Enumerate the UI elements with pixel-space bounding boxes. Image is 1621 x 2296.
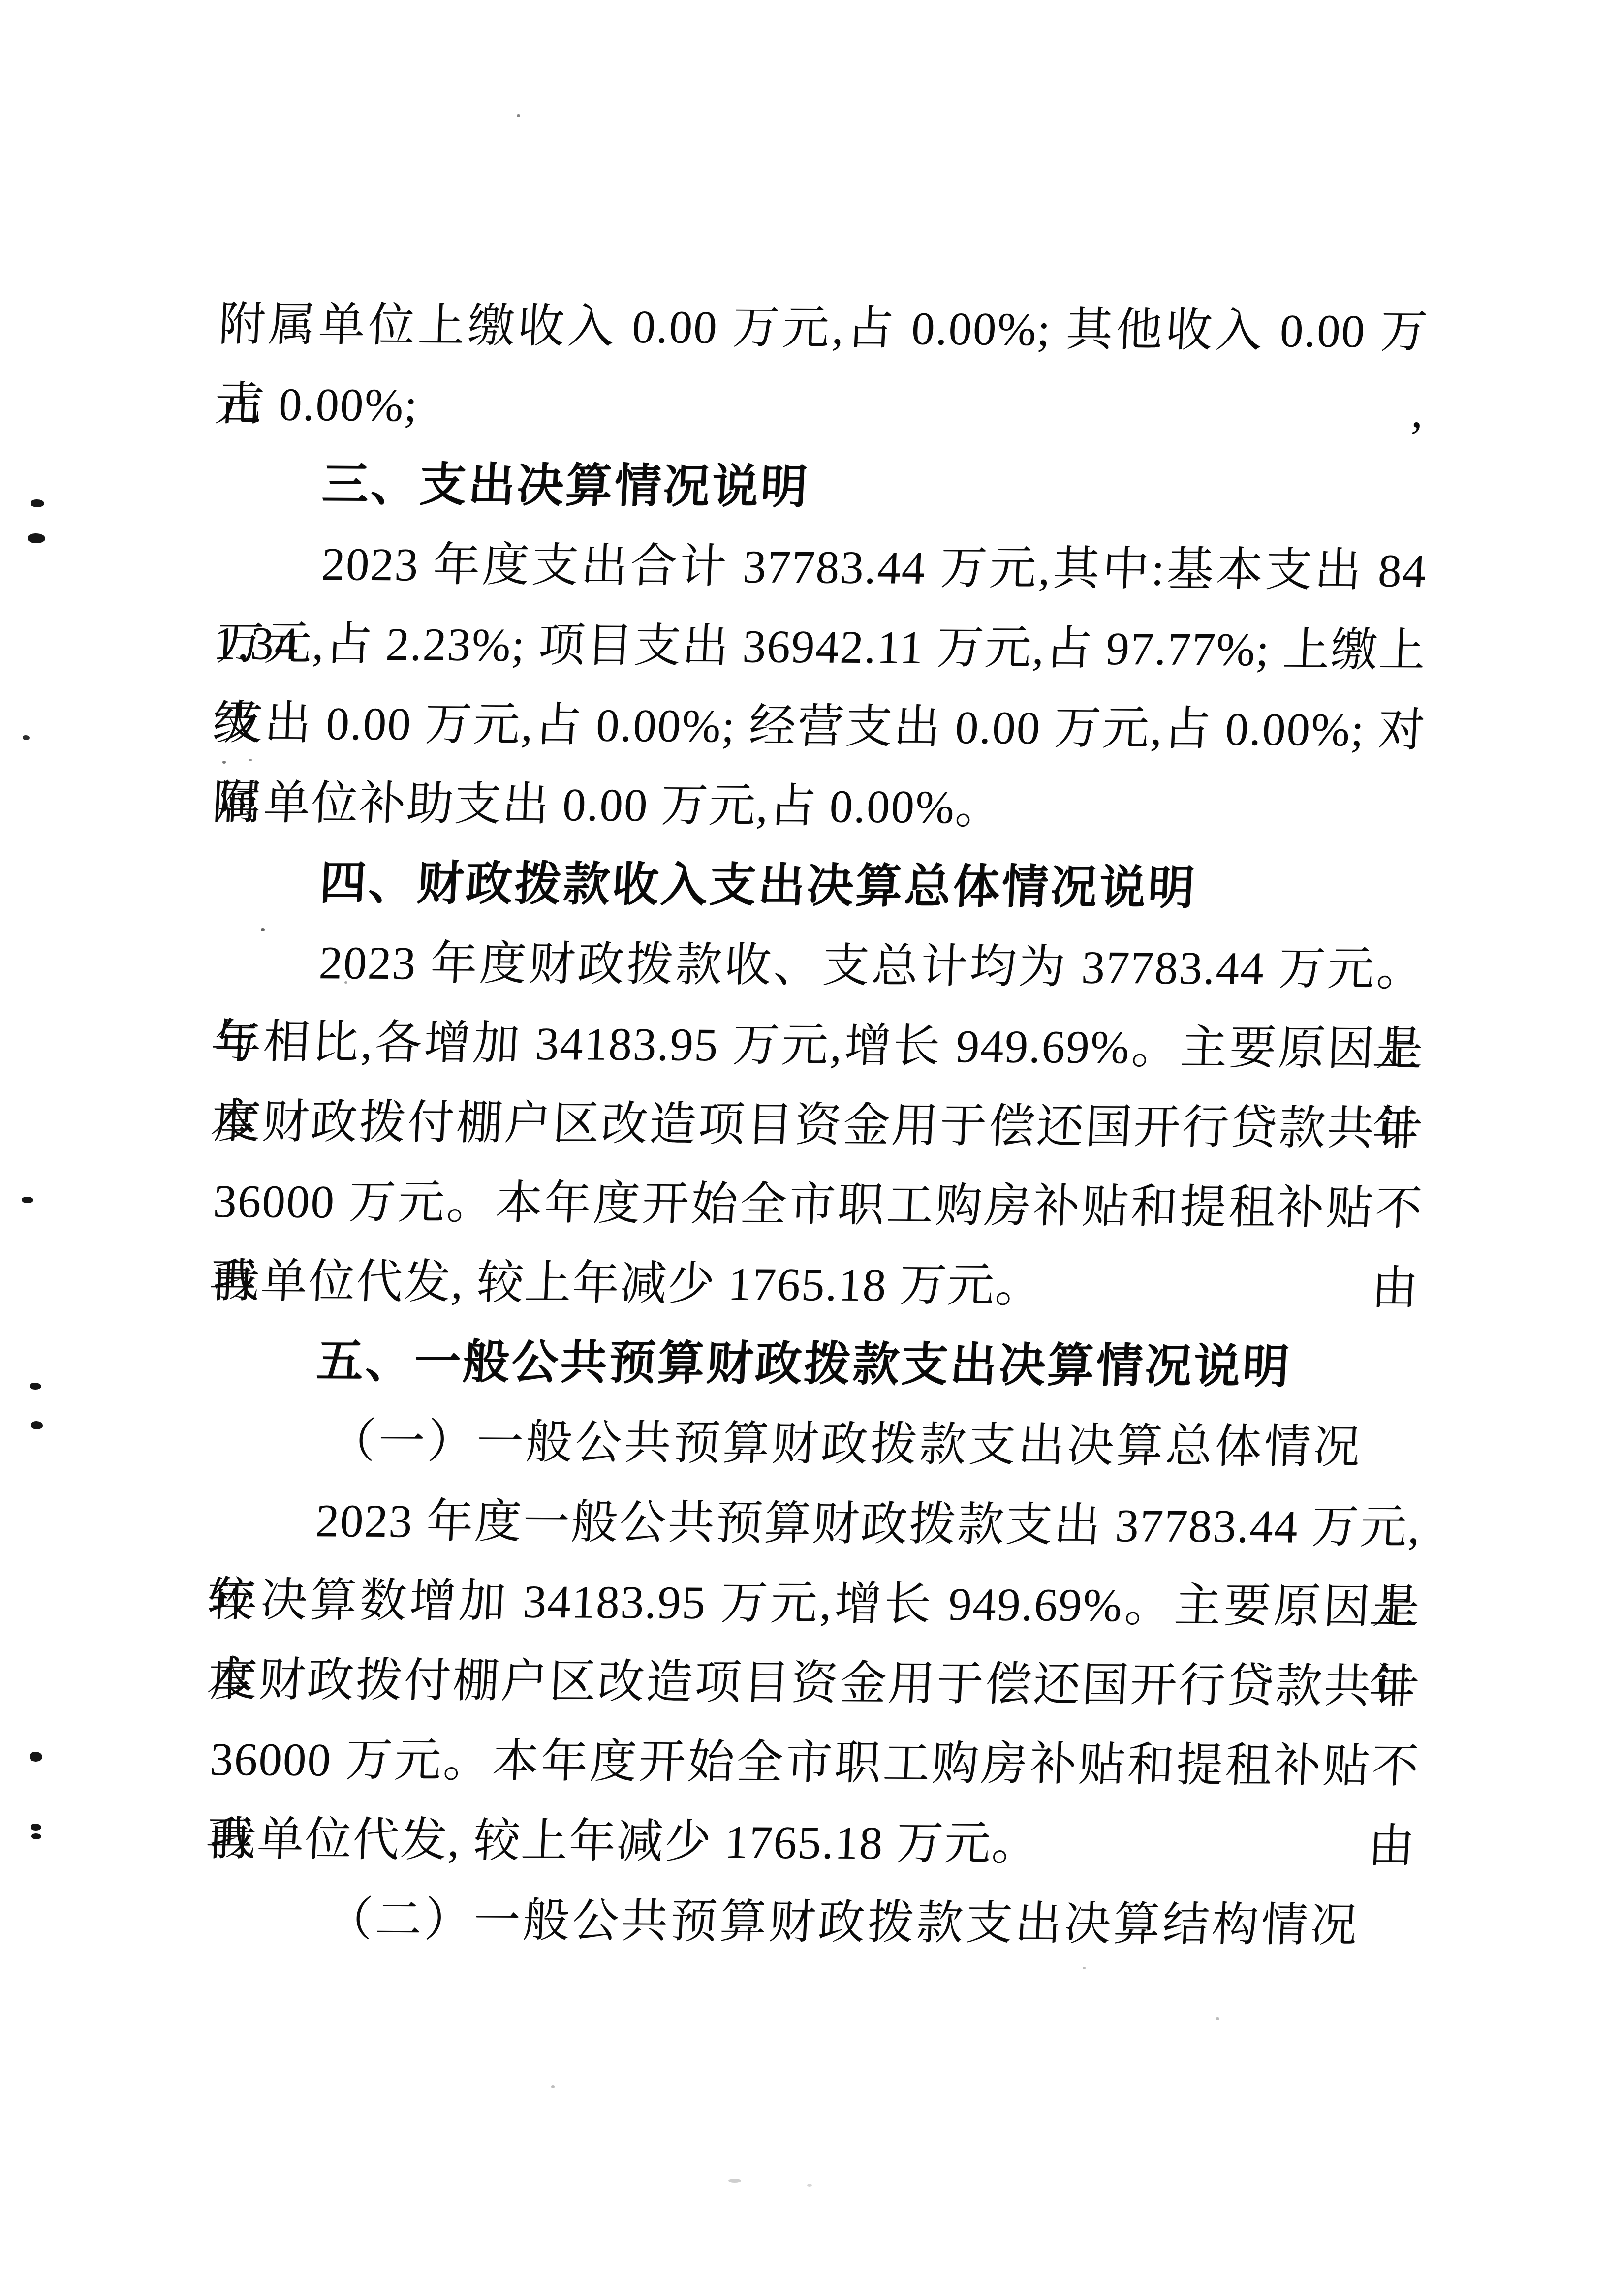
paragraph-line: 我单位代发, 较上年减少 1765.18 万元。	[208, 1799, 1421, 1886]
paragraph-line: 占 0.00%;	[216, 364, 1430, 451]
ink-mark	[28, 533, 45, 543]
scan-speck	[1216, 2017, 1219, 2020]
paragraph-line: 度财政拨付棚户区改造项目资金用于偿还国开行贷款共计	[212, 1082, 1426, 1169]
ink-mark	[22, 1197, 33, 1203]
paragraph-line: 2023 年度支出合计 37783.44 万元,其中:基本支出 841.34	[216, 524, 1429, 611]
ink-mark	[31, 1421, 43, 1429]
paragraph-line: 2023 年度一般公共预算财政拨款支出 37783.44 万元,较上	[210, 1480, 1423, 1567]
paragraph-line: 年相比,各增加 34183.95 万元,增长 949.69%。主要原因是本年	[213, 1002, 1426, 1089]
scan-speck	[1083, 1967, 1086, 1969]
paragraph-line: 36000 万元。本年度开始全市职工购房补贴和提租补贴不再由	[212, 1161, 1425, 1248]
paragraph-line: 年决算数增加 34183.95 万元,增长 949.69%。主要原因是本年	[209, 1560, 1423, 1647]
section-heading: 五、一般公共预算财政拨款支出决算情况说明	[211, 1321, 1424, 1408]
ink-mark	[30, 1752, 42, 1762]
subsection-heading: （一）一般公共预算财政拨款支出决算总体情况	[210, 1400, 1424, 1488]
ink-mark	[31, 499, 44, 507]
scan-speck	[807, 2184, 812, 2187]
section-heading: 三、支出决算情况说明	[216, 444, 1429, 531]
document-text-block: 附属单位上缴收入 0.00 万元,占 0.00%; 其他收入 0.00 万元,占…	[209, 284, 1429, 1966]
ink-mark	[23, 735, 30, 740]
paragraph-line: 属单位补助支出 0.00 万元,占 0.00%。	[214, 763, 1428, 850]
scan-speck	[551, 2085, 555, 2088]
ink-mark	[31, 1824, 41, 1831]
scan-speck	[344, 981, 347, 984]
ink-mark	[30, 1383, 41, 1390]
paragraph-line: 附属单位上缴收入 0.00 万元,占 0.00%; 其他收入 0.00 万元,	[217, 284, 1430, 372]
paragraph-line: 2023 年度财政拨款收、支总计均为 37783.44 万元。与上	[213, 922, 1427, 1009]
paragraph-line: 度财政拨付棚户区改造项目资金用于偿还国开行贷款共计	[209, 1640, 1422, 1727]
scan-speck	[249, 759, 252, 761]
scan-speck	[261, 928, 265, 931]
paragraph-line: 我单位代发, 较上年减少 1765.18 万元。	[211, 1241, 1425, 1328]
scan-speck	[517, 114, 520, 117]
section-heading: 四、财政拨款收入支出决算总体情况说明	[214, 842, 1427, 930]
ink-mark	[31, 1833, 41, 1839]
scanned-document-page: 附属单位上缴收入 0.00 万元,占 0.00%; 其他收入 0.00 万元,占…	[0, 0, 1621, 2296]
subsection-heading: （二）一般公共预算财政拨款支出决算结构情况	[207, 1879, 1421, 1966]
paragraph-line: 万元,占 2.23%; 项目支出 36942.11 万元,占 97.77%; 上…	[215, 603, 1429, 690]
paragraph-line: 支出 0.00 万元,占 0.00%; 经营支出 0.00 万元,占 0.00%…	[215, 683, 1428, 770]
scan-speck	[222, 761, 226, 764]
paragraph-line: 36000 万元。本年度开始全市职工购房补贴和提租补贴不再由	[208, 1719, 1422, 1806]
scan-speck	[728, 2179, 741, 2183]
